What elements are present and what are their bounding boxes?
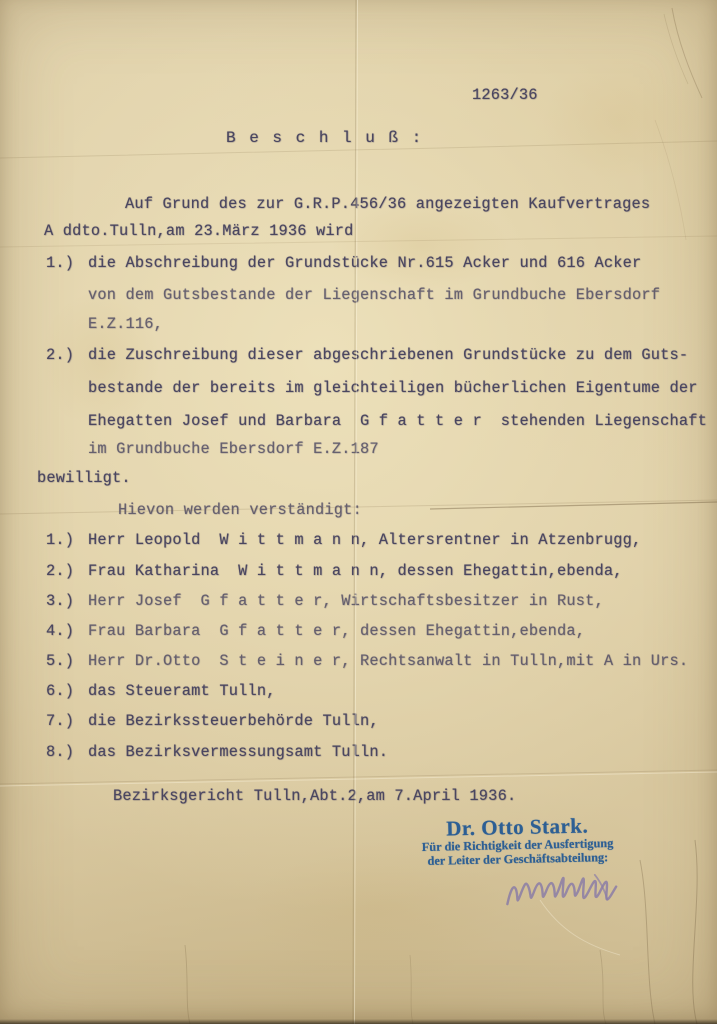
- paper-stain: [330, 200, 510, 290]
- notify-text: die Bezirkssteuerbehörde Tulln,: [88, 712, 379, 730]
- notify-marker: 8.): [46, 743, 74, 761]
- notify-marker: 1.): [46, 531, 74, 549]
- decree-item-marker: 2.): [46, 346, 74, 364]
- closing-line: Bezirksgericht Tulln,Abt.2,am 7.April 19…: [113, 787, 516, 805]
- decree-item-text: Ehegatten Josef und Barbara G f a t t e …: [88, 412, 707, 430]
- notify-marker: 4.): [46, 622, 74, 640]
- notify-marker: 5.): [46, 652, 74, 670]
- decree-item-text: die Abschreibung der Grundstücke Nr.615 …: [88, 254, 641, 272]
- decree-item-text: die Zuschreibung dieser abgeschriebenen …: [88, 346, 688, 364]
- decree-item-marker: 1.): [46, 254, 74, 272]
- notify-marker: 6.): [46, 682, 74, 700]
- decree-item-text: im Grundbuche Ebersdorf E.Z.187: [88, 440, 379, 458]
- notify-text: das Bezirksvermessungsamt Tulln.: [88, 743, 388, 761]
- document-title: B e s c h l u ß :: [226, 129, 423, 147]
- notify-marker: 3.): [46, 592, 74, 610]
- paper-stain: [540, 60, 700, 180]
- decree-item-text: von dem Gutsbestande der Liegenschaft im…: [88, 286, 660, 304]
- decree-item-text: E.Z.116,: [88, 315, 163, 333]
- intro-line: A ddto.Tulln,am 23.März 1936 wird: [44, 222, 354, 240]
- intro-line: Auf Grund des zur G.R.P.456/36 angezeigt…: [125, 195, 650, 213]
- decree-item-text: bestande der bereits im gleichteiligen b…: [88, 379, 698, 397]
- notify-text: Frau Barbara G f a t t e r, dessen Ehega…: [88, 622, 585, 640]
- notify-marker: 2.): [46, 562, 74, 580]
- notify-text: Herr Dr.Otto S t e i n e r, Rechtsanwalt…: [88, 652, 688, 670]
- notify-marker: 7.): [46, 712, 74, 730]
- notify-text: Herr Leopold W i t t m a n n, Altersrent…: [88, 531, 641, 549]
- notify-text: Frau Katharina W i t t m a n n, dessen E…: [88, 562, 623, 580]
- scanned-court-decree: 1263/36 B e s c h l u ß : Auf Grund des …: [0, 0, 717, 1024]
- granted-line: bewilligt.: [37, 469, 131, 487]
- notify-text: Herr Josef G f a t t e r, Wirtschaftsbes…: [88, 592, 604, 610]
- notify-heading: Hievon werden verständigt:: [118, 501, 362, 519]
- notify-text: das Steueramt Tulln,: [88, 682, 276, 700]
- handwritten-signature: [497, 851, 633, 924]
- case-number: 1263/36: [472, 86, 538, 104]
